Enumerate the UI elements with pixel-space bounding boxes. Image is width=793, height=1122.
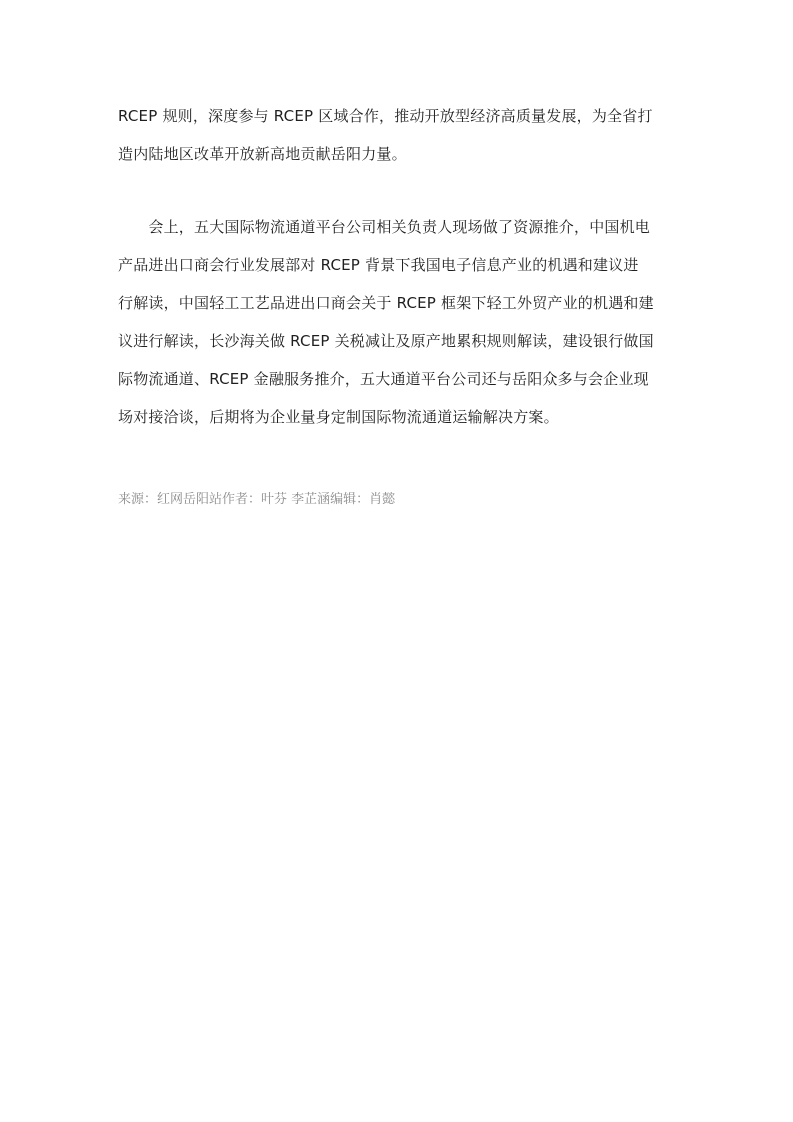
paragraph-line: 际物流通道、RCEP 金融服务推介，五大通道平台公司还与岳阳众多与会企业现 (118, 369, 649, 389)
source-credit-line: 来源：红网岳阳站作者：叶芬 李芷涵编辑：肖懿 (118, 491, 395, 509)
paragraph-line: 产品进出口商会行业发展部对 RCEP 背景下我国电子信息产业的机遇和建议进 (118, 255, 639, 275)
paragraph-line: RCEP 规则，深度参与 RCEP 区域合作，推动开放型经济高质量发展，为全省打 (118, 106, 653, 126)
paragraph-line: 议进行解读，长沙海关做 RCEP 关税减让及原产地累积规则解读，建设银行做国 (118, 331, 654, 351)
paragraph-line: 造内陆地区改革开放新高地贡献岳阳力量。 (118, 144, 407, 164)
paragraph-line: 会上，五大国际物流通道平台公司相关负责人现场做了资源推介，中国机电 (118, 217, 650, 237)
paragraph-line: 场对接洽谈，后期将为企业量身定制国际物流通道运输解决方案。 (118, 407, 559, 427)
paragraph-line: 行解读，中国轻工工艺品进出口商会关于 RCEP 框架下轻工外贸产业的机遇和建 (118, 293, 654, 313)
